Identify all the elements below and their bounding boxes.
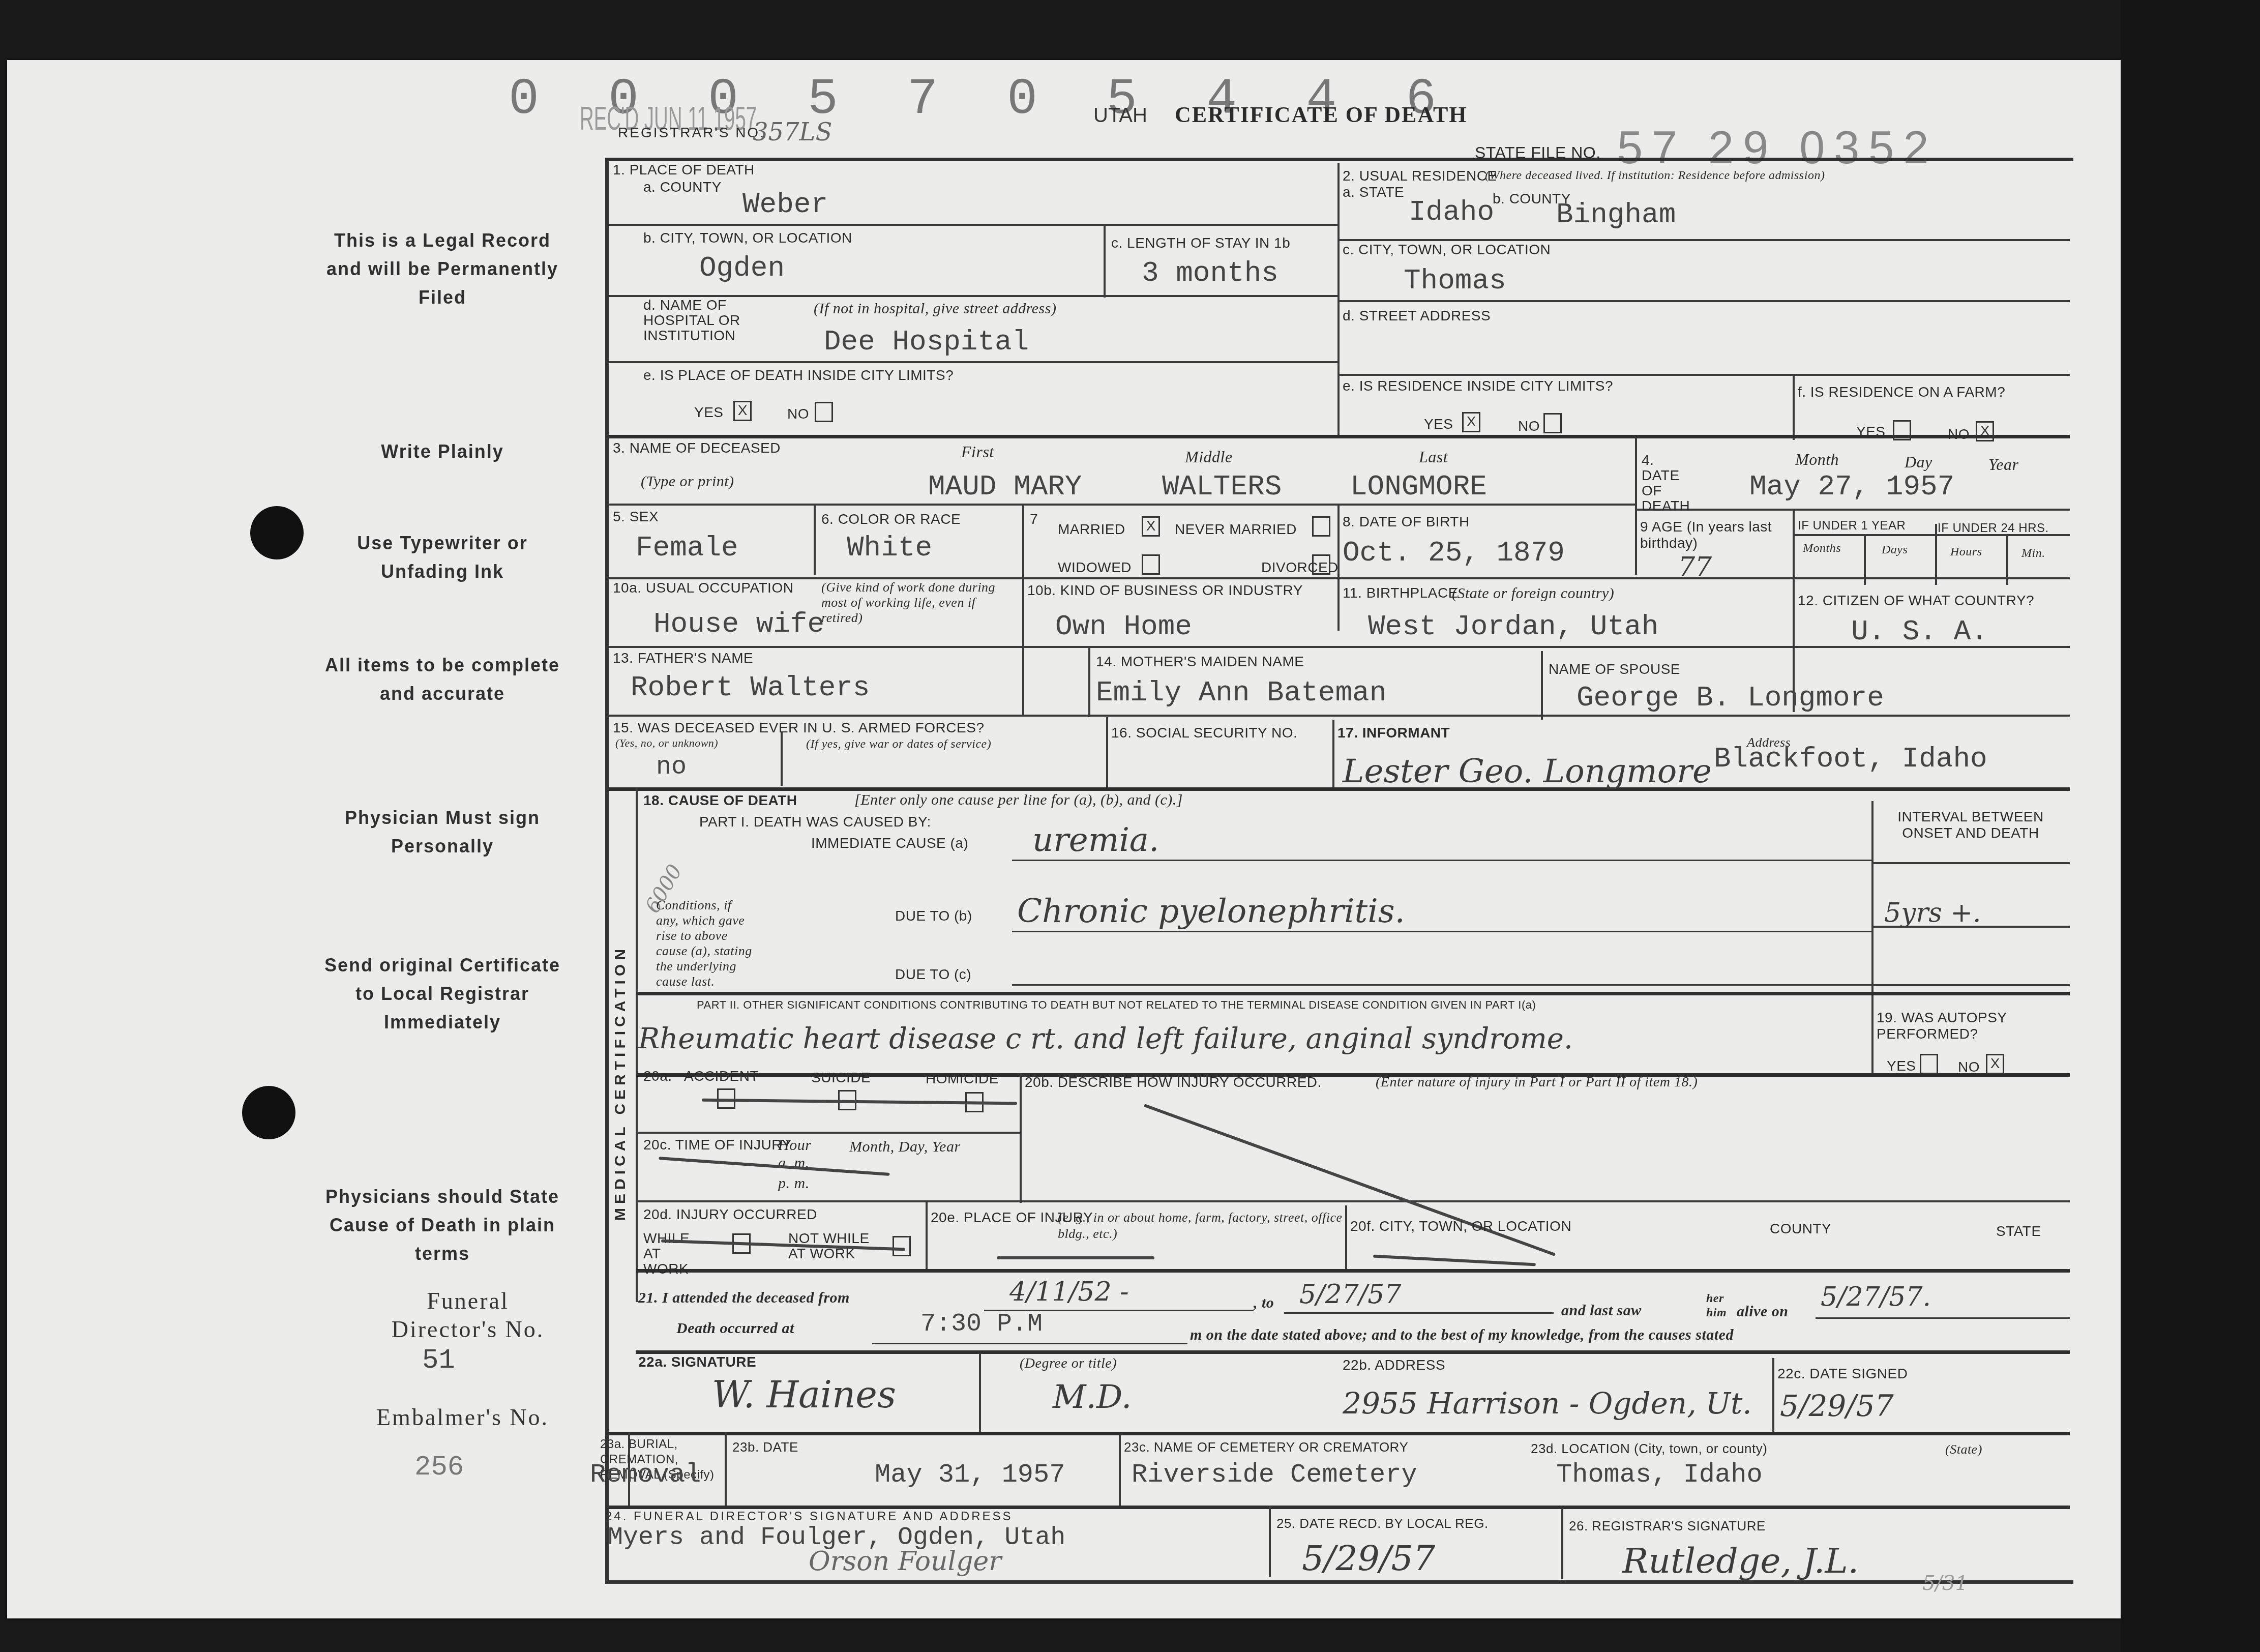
citizen-label: 12. CITIZEN OF WHAT COUNTRY? <box>1798 593 2034 609</box>
city-limits-yes-checkbox[interactable]: X <box>733 401 752 421</box>
punch-hole <box>250 506 304 559</box>
middle-name-field[interactable]: WALTERS <box>1162 470 1282 503</box>
residence-city-field[interactable]: Thomas <box>1404 264 1506 297</box>
farm-yes-checkbox[interactable] <box>1893 420 1911 440</box>
deceased-name-label: 3. NAME OF DECEASED <box>613 440 781 456</box>
under-1yr-label: IF UNDER 1 YEAR <box>1798 519 1906 533</box>
farm-label: f. IS RESIDENCE ON A FARM? <box>1798 384 2005 400</box>
medical-certification-label: MEDICAL CERTIFICATION <box>612 945 629 1221</box>
residence-label: 2. USUAL RESIDENCE <box>1343 168 1497 184</box>
note-legal-record: This is a Legal Record and will be Perma… <box>320 226 564 312</box>
business-field[interactable]: Own Home <box>1055 610 1192 643</box>
autopsy-label: 19. WAS AUTOPSY PERFORMED? <box>1877 1010 2070 1042</box>
attended-to-field[interactable]: 5/27/57 <box>1299 1279 1401 1310</box>
alive-on-label: alive on <box>1737 1303 1789 1320</box>
date-recd-field[interactable]: 5/29/57 <box>1302 1539 1435 1579</box>
date-signed-field[interactable]: 5/29/57 <box>1780 1389 1894 1423</box>
physician-address-label: 22b. ADDRESS <box>1343 1357 1445 1373</box>
widowed-label: WIDOWED <box>1058 559 1132 576</box>
father-name-label: 13. FATHER'S NAME <box>613 650 753 666</box>
immediate-cause-label: IMMEDIATE CAUSE (a) <box>811 835 968 851</box>
dob-field[interactable]: Oct. 25, 1879 <box>1343 537 1565 569</box>
registrar-signature-label: 26. REGISTRAR'S SIGNATURE <box>1569 1518 1766 1534</box>
footer-note: 5/31 <box>1922 1572 1968 1595</box>
race-field[interactable]: White <box>847 532 932 564</box>
cemetery-label: 23c. NAME OF CEMETERY OR CREMATORY <box>1124 1439 1408 1455</box>
occupation-hint: (Give kind of work done during most of w… <box>821 580 1020 626</box>
inside-city-no-checkbox[interactable] <box>1543 413 1562 433</box>
punch-hole <box>242 1086 295 1139</box>
last-saw-label: and last saw <box>1561 1302 1642 1319</box>
physician-degree[interactable]: M.D. <box>1053 1378 1132 1416</box>
signature-label: 22a. SIGNATURE <box>638 1354 756 1370</box>
autopsy-yes-checkbox[interactable] <box>1920 1054 1938 1074</box>
date-signed-label: 22c. DATE SIGNED <box>1777 1366 1908 1382</box>
burial-method-field[interactable]: Removal <box>590 1460 701 1490</box>
place-of-injury-hint: (e. g., in or about home, farm, factory,… <box>1058 1209 1343 1242</box>
first-name-field[interactable]: MAUD MARY <box>928 470 1082 503</box>
sex-label: 5. SEX <box>613 509 659 525</box>
middle-name-label: Middle <box>1185 448 1233 466</box>
citizen-field[interactable]: U. S. A. <box>1851 615 1988 648</box>
first-name-label: First <box>961 442 994 461</box>
inside-city-no-label: NO <box>1518 418 1540 434</box>
widowed-checkbox[interactable] <box>1142 554 1160 575</box>
age-label: 9 AGE (In years last birthday) <box>1640 519 1782 551</box>
street-address-label: d. STREET ADDRESS <box>1343 308 1491 324</box>
ssn-label: 16. SOCIAL SECURITY NO. <box>1111 725 1297 741</box>
date-recd-label: 25. DATE RECD. BY LOCAL REG. <box>1276 1516 1489 1531</box>
year-label: Year <box>1988 455 2019 474</box>
page-title: CERTIFICATE OF DEATH <box>1175 102 1467 128</box>
dob-label: 8. DATE OF BIRTH <box>1343 514 1470 530</box>
due-to-c-label: DUE TO (c) <box>895 966 971 983</box>
hospital-field[interactable]: Dee Hospital <box>824 326 1029 358</box>
age-field[interactable]: 77 <box>1678 552 1712 582</box>
funeral-director-label: 24. FUNERAL DIRECTOR'S SIGNATURE AND ADD… <box>605 1510 1013 1524</box>
not-while-at-work-checkbox[interactable] <box>893 1236 911 1256</box>
death-city-label: b. CITY, TOWN, OR LOCATION <box>643 230 852 246</box>
under-24h-label: IF UNDER 24 HRS. <box>1938 521 2049 536</box>
funeral-director-no-label: Funeral Director's No. <box>376 1287 559 1344</box>
note-cause-plain: Physicians should State Cause of Death i… <box>320 1183 564 1268</box>
embalmer-no: 256 <box>414 1452 464 1483</box>
while-at-work-label: WHILE AT WORK <box>643 1231 699 1277</box>
married-label: MARRIED <box>1058 521 1125 538</box>
residence-hint: (Where deceased lived. If institution: R… <box>1485 169 1825 183</box>
informant-label: 17. INFORMANT <box>1337 725 1450 741</box>
note-typewriter: Use Typewriter or Unfading Ink <box>320 529 564 586</box>
attended-from-label: 21. I attended the deceased from <box>638 1289 850 1307</box>
never-married-checkbox[interactable] <box>1312 516 1330 537</box>
degree-label: (Degree or title) <box>1020 1355 1117 1372</box>
attended-from-field[interactable]: 4/11/52 - <box>1009 1277 1129 1307</box>
burial-state-label: (State) <box>1945 1442 1982 1457</box>
date-of-death-label: 4. DATE OF DEATH <box>1642 453 1687 514</box>
autopsy-no-label: NO <box>1958 1059 1980 1075</box>
armed-forces-field[interactable]: no <box>656 753 687 782</box>
registrar-no-value: 357LS <box>753 118 832 146</box>
interval-label: INTERVAL BETWEEN ONSET AND DEATH <box>1879 809 2062 841</box>
death-county-field[interactable]: Weber <box>742 188 828 221</box>
spouse-name-label: NAME OF SPOUSE <box>1549 661 1680 677</box>
attended-to-label: , to <box>1254 1294 1274 1312</box>
interval-b-field[interactable]: 5yrs +. <box>1884 898 1981 928</box>
days-label: Days <box>1882 543 1908 557</box>
funeral-director-no: 51 <box>422 1345 455 1376</box>
burial-location-label: 23d. LOCATION (City, town, or county) <box>1531 1441 1767 1457</box>
registrar-signature[interactable]: Rutledge, J.L. <box>1622 1541 1859 1581</box>
farm-yes-label: YES <box>1856 424 1886 440</box>
armed-forces-hint-yn: (Yes, no, or unknown) <box>615 736 718 750</box>
last-name-field[interactable]: LONGMORE <box>1350 470 1487 503</box>
hospital-label: d. NAME OF HOSPITAL OR INSTITUTION <box>643 298 755 343</box>
accident-label: ACCIDENT <box>684 1068 759 1084</box>
strike-through <box>997 1256 1154 1259</box>
part2-label: PART II. OTHER SIGNIFICANT CONDITIONS CO… <box>697 998 1536 1012</box>
hours-label: Hours <box>1950 545 1982 559</box>
deceased-name-hint: (Type or print) <box>641 473 734 490</box>
min-label: Min. <box>2021 547 2045 560</box>
title-state: UTAH <box>1093 104 1147 127</box>
city-limits-no-checkbox[interactable] <box>815 402 833 422</box>
armed-forces-label: 15. WAS DECEASED EVER IN U. S. ARMED FOR… <box>613 720 984 736</box>
birthplace-label: 11. BIRTHPLACE <box>1343 585 1458 601</box>
stay-length-field[interactable]: 3 months <box>1142 257 1278 289</box>
physician-signature[interactable]: W. Haines <box>712 1373 896 1416</box>
physician-address-field[interactable]: 2955 Harrison - Ogden, Ut. <box>1343 1386 1752 1421</box>
attendance-tail: m on the date stated above; and to the b… <box>1190 1326 1734 1344</box>
immediate-cause-field[interactable]: uremia. <box>1032 821 1159 859</box>
burial-date-label: 23b. DATE <box>732 1439 798 1455</box>
conditions-hint: Conditions, if any, which gave rise to a… <box>656 898 753 989</box>
farm-no-checkbox[interactable]: X <box>1976 421 1994 441</box>
funeral-director-signature[interactable]: Orson Foulger <box>809 1546 1001 1577</box>
describe-injury-label: 20b. DESCRIBE HOW INJURY OCCURRED. <box>1025 1074 1322 1090</box>
autopsy-no-checkbox[interactable]: X <box>1986 1054 2004 1074</box>
informant-address-field[interactable]: Blackfoot, Idaho <box>1714 743 1987 775</box>
married-checkbox[interactable]: X <box>1142 516 1160 537</box>
occupation-label: 10a. USUAL OCCUPATION <box>613 580 793 596</box>
inside-city-yes-checkbox[interactable]: X <box>1462 412 1480 432</box>
occupation-field[interactable]: House wife <box>653 608 824 640</box>
death-occurred-label: Death occurred at <box>676 1320 794 1337</box>
date-of-death-field[interactable]: May 27, 1957 <box>1749 470 1954 503</box>
cause-of-death-hint: [Enter only one cause per line for (a), … <box>854 791 1183 809</box>
note-physician-sign: Physician Must sign Personally <box>320 804 564 861</box>
last-name-label: Last <box>1419 448 1448 466</box>
death-city-field[interactable]: Ogden <box>699 252 785 284</box>
city-limits-no-label: NO <box>787 406 809 422</box>
marital-label: 7 <box>1030 511 1038 527</box>
pm-label: p. m. <box>778 1175 810 1192</box>
residence-state-label: a. STATE <box>1343 184 1404 200</box>
her-label: her <box>1706 1292 1724 1306</box>
months-label: Months <box>1803 542 1841 555</box>
alive-on-field[interactable]: 5/27/57. <box>1821 1282 1931 1312</box>
spouse-name-field[interactable]: George B. Longmore <box>1577 682 1884 714</box>
city-limits-label: e. IS PLACE OF DEATH INSIDE CITY LIMITS? <box>643 367 954 383</box>
injury-city-label: 20f. CITY, TOWN, OR LOCATION <box>1350 1218 1571 1234</box>
place-of-death-label: 1. PLACE OF DEATH <box>613 162 755 178</box>
injury-county-label: COUNTY <box>1770 1221 1831 1237</box>
mother-name-field[interactable]: Emily Ann Bateman <box>1096 676 1386 709</box>
month-label: Month <box>1795 450 1839 469</box>
due-to-b-label: DUE TO (b) <box>895 908 972 924</box>
never-married-label: NEVER MARRIED <box>1175 521 1297 538</box>
describe-injury-hint: (Enter nature of injury in Part I or Par… <box>1376 1074 1698 1090</box>
residence-county-field[interactable]: Bingham <box>1556 198 1676 231</box>
suicide-label: SUICIDE <box>811 1070 871 1086</box>
note-complete: All items to be complete and accurate <box>320 651 564 708</box>
cause-of-death-label: 18. CAUSE OF DEATH <box>643 792 797 809</box>
mother-name-label: 14. MOTHER'S MAIDEN NAME <box>1096 654 1304 670</box>
death-county-label: a. COUNTY <box>643 179 722 195</box>
burial-date-field[interactable]: May 31, 1957 <box>875 1460 1065 1490</box>
business-label: 10b. KIND OF BUSINESS OR INDUSTRY <box>1027 582 1303 599</box>
time-of-injury-label: 20c. TIME OF INJURY <box>643 1137 792 1153</box>
stay-length-label: c. LENGTH OF STAY IN 1b <box>1111 235 1290 251</box>
inside-city-yes-label: YES <box>1424 416 1453 432</box>
residence-state-field[interactable]: Idaho <box>1409 196 1494 228</box>
embalmer-no-label: Embalmer's No. <box>376 1404 549 1431</box>
cemetery-field[interactable]: Riverside Cemetery <box>1132 1460 1417 1490</box>
informant-signature[interactable]: Lester Geo. Longmore <box>1343 753 1712 790</box>
inside-city-label: e. IS RESIDENCE INSIDE CITY LIMITS? <box>1343 378 1613 394</box>
part2-field[interactable]: Rheumatic heart disease c rt. and left f… <box>638 1022 1573 1055</box>
mdy-label: Month, Day, Year <box>849 1138 961 1156</box>
residence-city-label: c. CITY, TOWN, OR LOCATION <box>1343 242 1551 258</box>
day-label: Day <box>1905 453 1932 471</box>
hour-label: Hour <box>778 1137 811 1154</box>
note-write-plainly: Write Plainly <box>320 437 564 466</box>
injury-state-label: STATE <box>1996 1223 2041 1240</box>
autopsy-yes-label: YES <box>1887 1058 1916 1074</box>
injury-type-label: 20a. <box>643 1068 672 1084</box>
farm-no-label: NO <box>1948 426 1970 442</box>
city-limits-yes-label: YES <box>694 404 724 421</box>
scan-border <box>2121 0 2260 1652</box>
due-to-b-field[interactable]: Chronic pyelonephritis. <box>1017 893 1405 930</box>
race-label: 6. COLOR OR RACE <box>821 511 961 527</box>
sex-field[interactable]: Female <box>636 532 738 564</box>
birthplace-hint: (State or foreign country) <box>1452 585 1614 602</box>
hospital-hint: (If not in hospital, give street address… <box>814 300 1056 317</box>
birthplace-field[interactable]: West Jordan, Utah <box>1368 610 1658 643</box>
part1-label: PART I. DEATH WAS CAUSED BY: <box>699 814 931 830</box>
note-send-original: Send original Certificate to Local Regis… <box>320 951 564 1037</box>
injury-occurred-label: 20d. INJURY OCCURRED <box>643 1206 817 1223</box>
homicide-label: HOMICIDE <box>926 1071 999 1087</box>
divorced-checkbox[interactable] <box>1312 554 1330 575</box>
burial-location-field[interactable]: Thomas, Idaho <box>1556 1460 1763 1490</box>
him-label: him <box>1706 1306 1727 1320</box>
registrar-no-label: REGISTRAR'S NO. <box>618 125 765 141</box>
father-name-field[interactable]: Robert Walters <box>631 671 870 704</box>
armed-forces-hint-service: (If yes, give war or dates of service) <box>806 737 991 751</box>
death-time-field[interactable]: 7:30 P.M <box>920 1310 1043 1339</box>
